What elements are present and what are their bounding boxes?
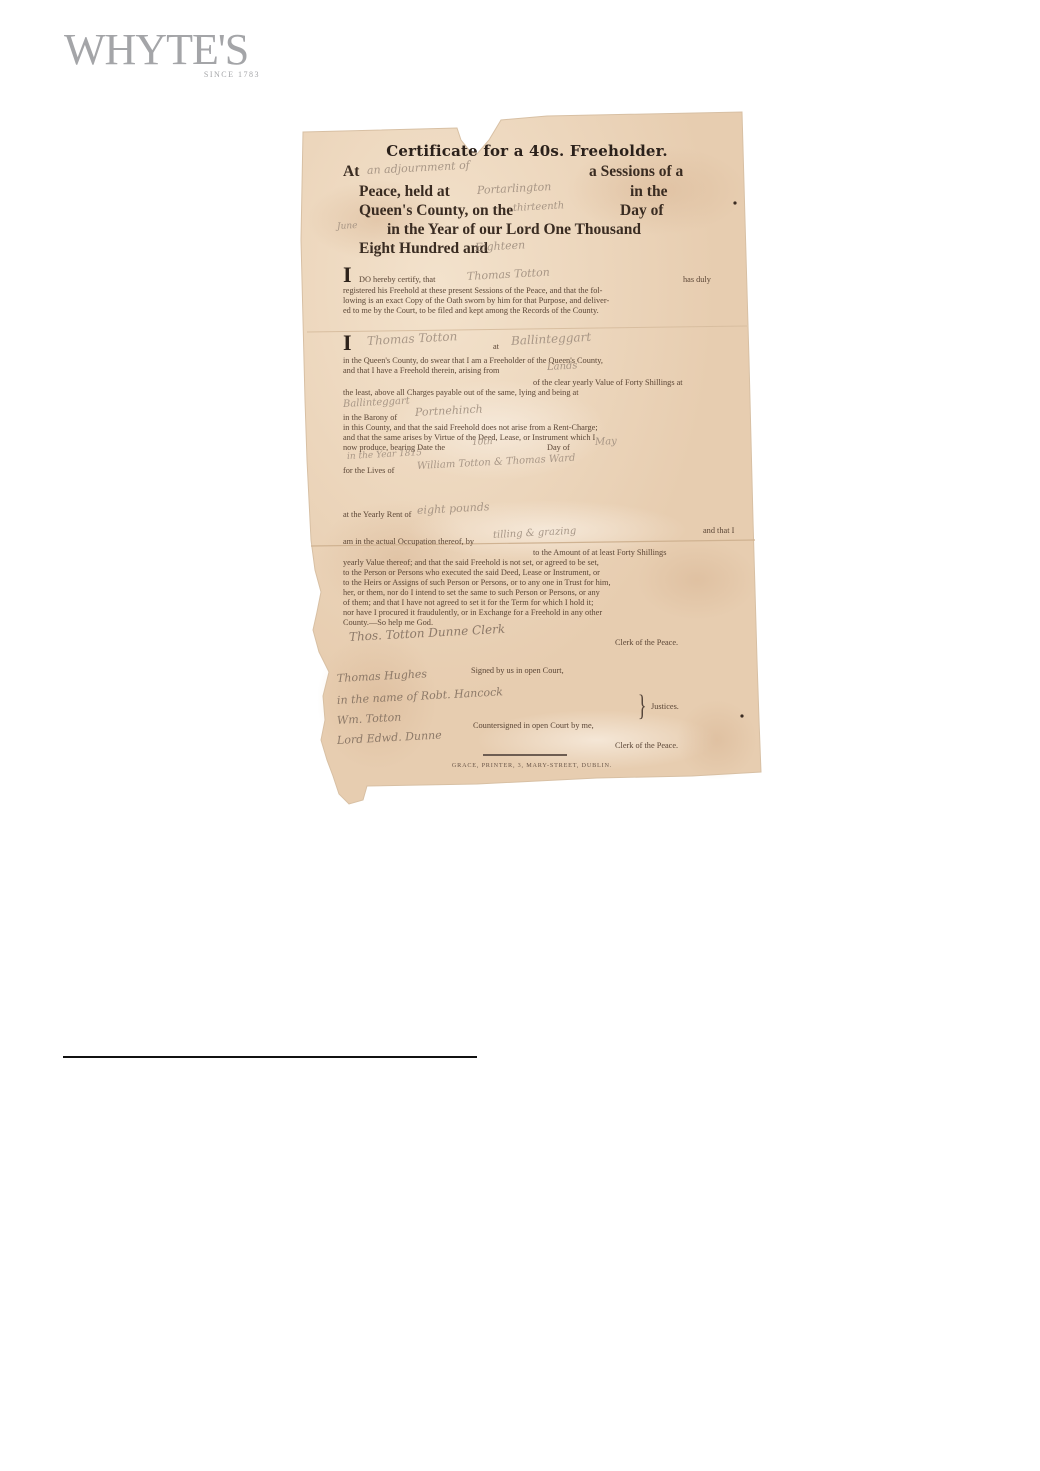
- oath-occupation-label: am in the actual Occupation thereof, by: [343, 537, 474, 547]
- certificate-scan: Certificate for a 40s. Freeholder. At an…: [297, 100, 767, 812]
- header-line-3-left: Queen's County, on the: [359, 203, 513, 219]
- oath-hand-name: Thomas Totton: [367, 329, 458, 348]
- printer-rule: [483, 754, 567, 756]
- justices-brace: }: [638, 691, 647, 721]
- oath-line-9: yearly Value thereof; and that the said …: [343, 558, 599, 568]
- oath-line-5: in this County, and that the said Freeho…: [343, 423, 598, 433]
- whytes-logo: WHYTE'S SINCE 1783: [64, 28, 262, 84]
- oath-hand-occupation: tilling & grazing: [493, 526, 577, 541]
- oath-line-3: of the clear yearly Value of Forty Shill…: [533, 378, 683, 388]
- header-line-1-left: At: [343, 164, 359, 180]
- signed-label: Signed by us in open Court,: [471, 666, 564, 676]
- oath-rent-label: at the Yearly Rent of: [343, 510, 411, 520]
- header-line-4-right: in the Year of our Lord One Thousand: [387, 222, 641, 238]
- certify-drop-cap: I: [343, 264, 352, 286]
- oath-hand-arising: Lands: [547, 360, 578, 373]
- header-line-2-left: Peace, held at: [359, 184, 450, 200]
- certify-line-3: lowing is an exact Copy of the Oath swor…: [343, 296, 609, 306]
- oath-and-that-label: and that I: [703, 526, 734, 536]
- oath-barony-label: in the Barony of: [343, 413, 397, 423]
- header-line-1-hand: an adjournment of: [367, 159, 470, 177]
- oath-at-label: at: [493, 342, 499, 352]
- oath-line-12: her, or them, nor do I intend to set the…: [343, 588, 600, 598]
- certify-line-2: registered his Freehold at these present…: [343, 286, 602, 296]
- oath-hand-month: May: [595, 436, 617, 448]
- signed-hand-1: Thomas Hughes: [337, 667, 428, 685]
- certify-line-4: ed to me by the Court, to be filed and k…: [343, 306, 599, 316]
- header-line-2-right: in the: [630, 184, 667, 200]
- oath-hand-barony: Portnehinch: [415, 402, 483, 419]
- oath-line-14: nor have I procured it fraudulently, or …: [343, 608, 602, 618]
- oath-line-6: and that the same arises by Virtue of th…: [343, 433, 595, 443]
- header-line-2-hand: Portarlington: [477, 180, 552, 197]
- certify-line-1-end: has duly: [683, 275, 711, 285]
- certify-line-1: DO hereby certify, that: [359, 275, 435, 285]
- certify-hand-name: Thomas Totton: [467, 266, 550, 283]
- oath-clerk-label: Clerk of the Peace.: [615, 638, 678, 648]
- oath-hand-place: Ballinteggart: [511, 330, 592, 348]
- certificate-title: Certificate for a 40s. Freeholder.: [372, 142, 682, 160]
- countersigned-label: Countersigned in open Court by me,: [473, 721, 594, 731]
- signed-clerk-label: Clerk of the Peace.: [615, 741, 678, 751]
- signed-hand-2: in the name of Robt. Hancock: [337, 685, 504, 707]
- justices-label: Justices.: [651, 702, 679, 712]
- footnote-separator: [63, 1056, 477, 1058]
- oath-hand-lives: William Totton & Thomas Ward: [417, 453, 576, 472]
- oath-lives-label: for the Lives of: [343, 466, 394, 476]
- certificate-text: Certificate for a 40s. Freeholder. At an…: [297, 100, 767, 812]
- oath-drop-cap: I: [343, 332, 352, 354]
- printer-imprint: GRACE, PRINTER, 3, MARY-STREET, DUBLIN.: [297, 762, 767, 769]
- header-line-4-hand: June: [337, 221, 358, 232]
- signed-hand-4: Lord Edwd. Dunne: [337, 729, 442, 747]
- oath-line-2: and that I have a Freehold therein, aris…: [343, 366, 499, 376]
- oath-line-11: to the Heirs or Assigns of such Person o…: [343, 578, 611, 588]
- oath-line-10: to the Person or Persons who executed th…: [343, 568, 600, 578]
- oath-line-8: to the Amount of at least Forty Shilling…: [533, 548, 666, 558]
- header-line-3-right: Day of: [620, 203, 663, 219]
- oath-hand-date-day: 10th: [472, 437, 493, 448]
- header-line-5-left: Eight Hundred and: [359, 241, 488, 257]
- signed-hand-3: Wm. Totton: [337, 711, 402, 727]
- oath-hand-rent: eight pounds: [417, 500, 490, 517]
- logo-wordmark: WHYTE'S: [64, 28, 248, 72]
- logo-tagline: SINCE 1783: [204, 70, 260, 79]
- header-line-3-hand: thirteenth: [513, 200, 565, 214]
- oath-hand-location: Ballinteggart: [343, 396, 410, 410]
- oath-day-of-label: Day of: [547, 443, 570, 453]
- header-line-5-hand: Eighteen: [475, 238, 526, 254]
- oath-line-13: of them; and that I have not agreed to s…: [343, 598, 593, 608]
- header-line-1-right: a Sessions of a: [589, 164, 683, 180]
